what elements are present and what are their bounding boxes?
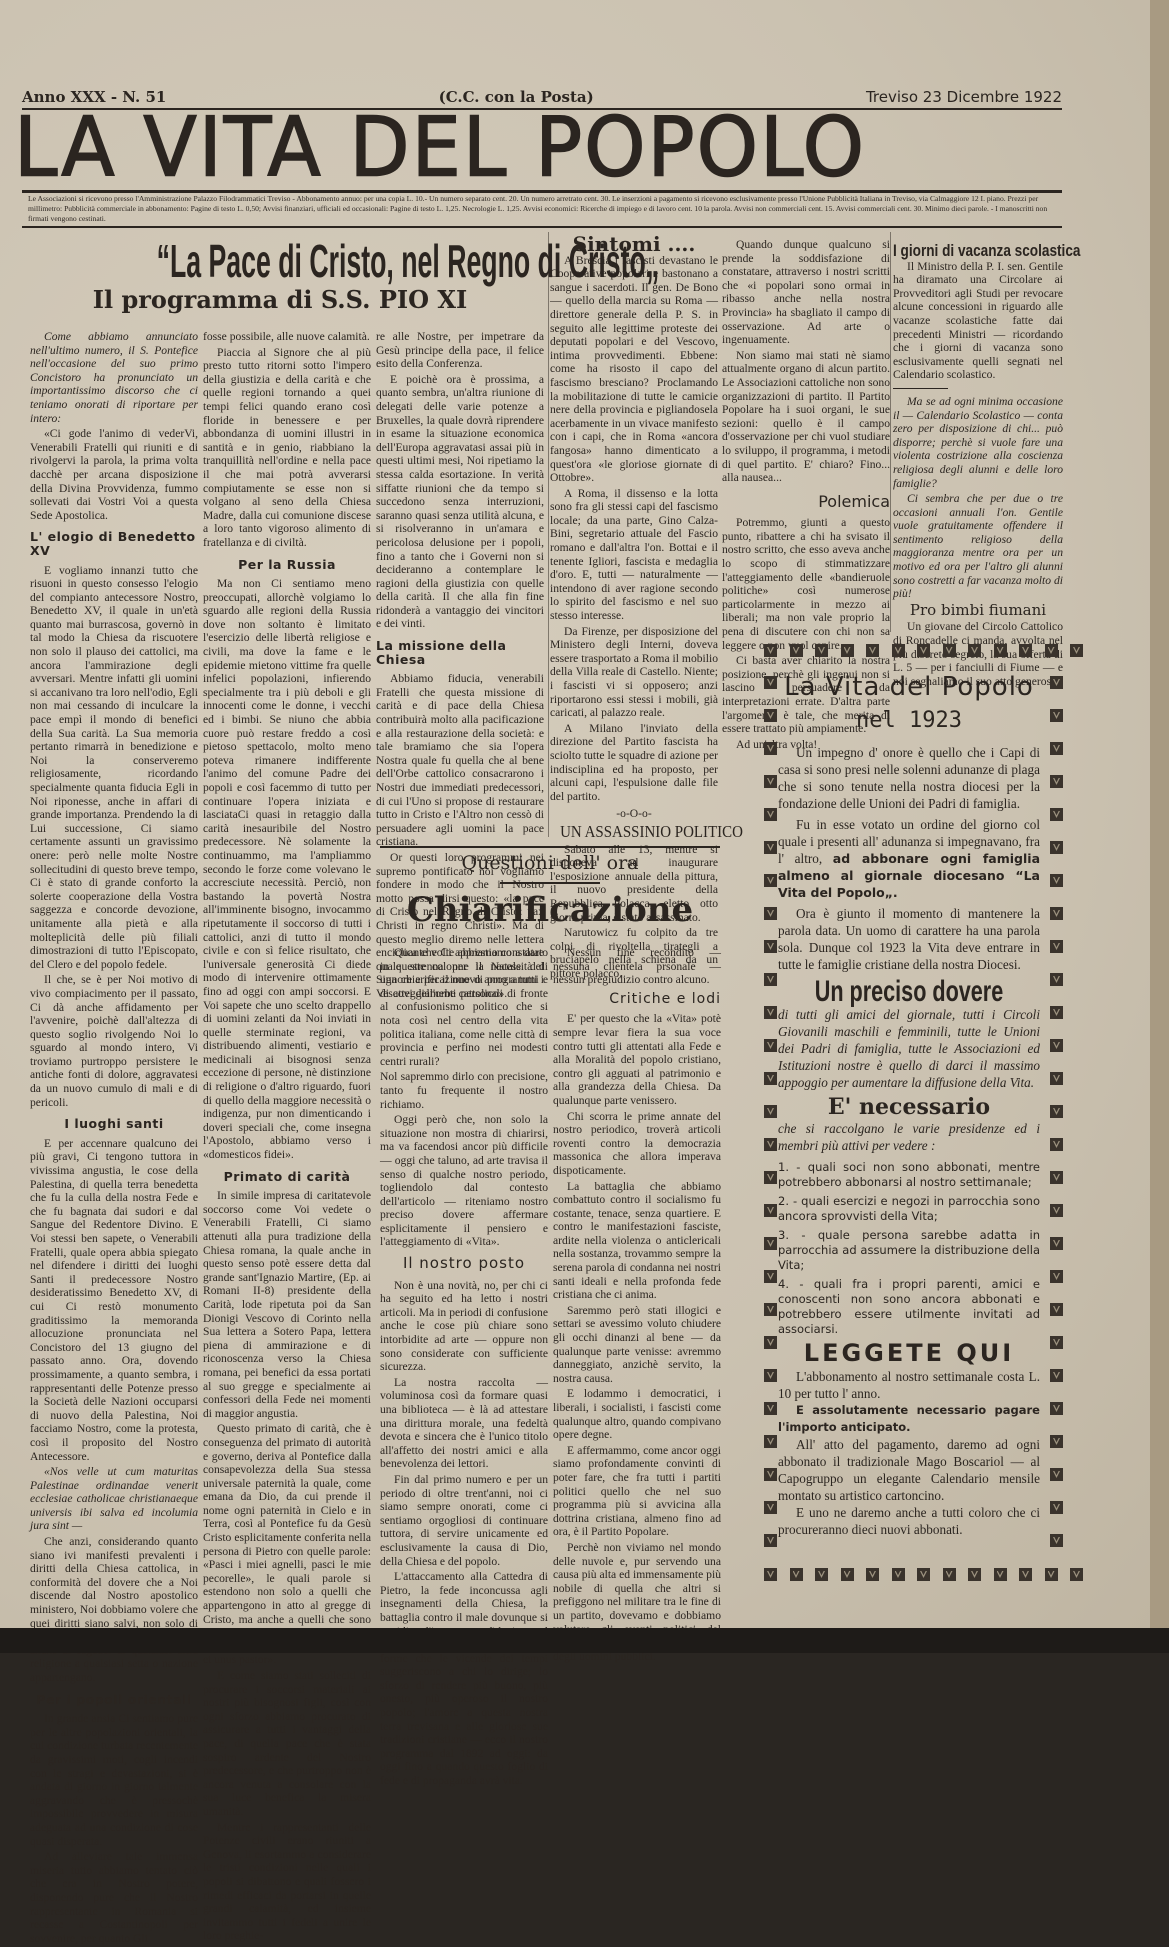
rule	[500, 882, 600, 884]
check-mark-icon	[1050, 742, 1063, 755]
check-mark-icon	[1050, 1006, 1063, 1019]
check-mark-icon	[1050, 1534, 1063, 1547]
chiarificazione-col-1: Quante volte abbiamo constatato in quest…	[380, 946, 548, 1653]
paragraph: A Roma, il dissenso e la lotta sono fra …	[550, 487, 718, 623]
lead-intro: Come abbiamo annunciato nell'ultimo nume…	[30, 330, 198, 425]
paragraph: Saremmo però stati illogici e settari se…	[553, 1304, 721, 1386]
check-mark-icon	[815, 644, 828, 657]
paragraph: Ma se ad ogni minima occasione il — Cale…	[893, 395, 1063, 490]
check-mark-icon	[1050, 874, 1063, 887]
paragraph: Quando dunque qualcuno si prende la sodd…	[722, 238, 890, 347]
rule	[22, 226, 1062, 228]
lead-column-2: fosse possibile, alle nuove calamità. Pi…	[203, 330, 371, 1653]
check-mark-icon	[764, 644, 777, 657]
check-mark-icon	[764, 1072, 777, 1085]
check-mark-icon	[764, 1138, 777, 1151]
masthead: LA VITA DEL POPOLO	[14, 106, 1064, 190]
issue-date: Treviso 23 Dicembre 1922	[866, 88, 1062, 106]
chiarificazione-kicker: Questioni dell' ora	[380, 852, 720, 874]
leggete-heading: LEGGETE QUI	[778, 1345, 1040, 1362]
necessario-heading: E' necessario	[778, 1099, 1040, 1116]
check-mark-icon	[994, 1568, 1007, 1581]
check-mark-icon	[764, 1468, 777, 1481]
polemica-title: Polemica	[722, 495, 890, 509]
check-mark-icon	[764, 1171, 777, 1184]
paragraph: E assolutamente necessario pagare l'impo…	[778, 1402, 1040, 1436]
paragraph: E affermammo, come ancor oggi siamo prof…	[553, 1444, 721, 1539]
check-mark-icon	[968, 1568, 981, 1581]
check-mark-icon	[1019, 1568, 1032, 1581]
check-mark-icon	[764, 1534, 777, 1547]
paragraph: Ma non Ci sentiamo meno preoccupati, all…	[203, 577, 371, 1162]
paragraph: All' atto del pagamento, daremo ad ogni …	[778, 1436, 1040, 1504]
paragraph: Nol sapremmo dirlo con precisione, tanto…	[380, 1070, 548, 1111]
chiarificazione-title: Chiarificazione	[380, 890, 720, 930]
check-mark-icon	[968, 644, 981, 657]
check-mark-icon	[1050, 1468, 1063, 1481]
check-mark-icon	[764, 1435, 777, 1448]
check-mark-icon	[1019, 644, 1032, 657]
check-mark-icon	[764, 874, 777, 887]
paragraph: Piaccia al Signore che al più presto tut…	[203, 346, 371, 550]
check-mark-icon	[764, 1336, 777, 1349]
paragraph: Ora è giunto il momento di mantenere la …	[778, 905, 1040, 973]
section-heading: Critiche e lodi	[553, 993, 721, 1007]
check-mark-icon	[1050, 1270, 1063, 1283]
paragraph: E vogliamo innanzi tutto che risuoni in …	[30, 564, 198, 972]
check-mark-icon	[764, 676, 777, 689]
paragraph: re alle Nostre, per impetrare da Gesù pr…	[376, 330, 544, 371]
paragraph: Fin dal primo numero e per un periodo di…	[380, 1473, 548, 1568]
section-heading: I luoghi santi	[30, 1117, 198, 1131]
paragraph: In simile impresa di caritatevole soccor…	[203, 1189, 371, 1420]
check-mark-icon	[1050, 940, 1063, 953]
check-mark-icon	[1050, 1039, 1063, 1052]
check-mark-icon	[764, 1237, 777, 1250]
paragraph: fosse possibile, alle nuove calamità.	[203, 330, 371, 344]
check-mark-icon	[1050, 1402, 1063, 1415]
check-mark-icon	[764, 1039, 777, 1052]
scan-background	[0, 1628, 1169, 1653]
paragraph: Potremmo, giunti a questo punto, ribatte…	[722, 516, 890, 652]
divider-ornament: -o-O-o-	[550, 807, 718, 821]
paragraph: E poichè ora è prossima, a quanto sembra…	[376, 373, 544, 631]
check-mark-icon	[1050, 1171, 1063, 1184]
check-mark-icon	[764, 742, 777, 755]
sintomi-title: Sintomi ....	[550, 238, 718, 252]
section-heading: Il nostro posto	[380, 1257, 548, 1271]
check-mark-icon	[1070, 644, 1083, 657]
check-mark-icon	[1050, 1138, 1063, 1151]
check-mark-icon	[764, 1369, 777, 1382]
lead-subheadline: Il programma di S.S. PIO XI	[30, 285, 530, 314]
paragraph: La battaglia che abbiamo combattuto cont…	[553, 1180, 721, 1302]
check-mark-icon	[943, 1568, 956, 1581]
check-mark-icon	[764, 1204, 777, 1217]
check-mark-icon	[1050, 1105, 1063, 1118]
paragraph: Abbiamo fiducia, venerabili Fratelli che…	[376, 672, 544, 849]
check-mark-icon	[764, 1501, 777, 1514]
check-mark-icon	[1050, 841, 1063, 854]
check-mark-icon	[764, 1402, 777, 1415]
check-mark-icon	[994, 644, 1007, 657]
paragraph: Il che, se è per Noi motivo di vivo comp…	[30, 973, 198, 1109]
check-mark-icon	[764, 808, 777, 821]
rule	[22, 190, 1062, 193]
paragraph: A Brescia i fascisti devastano le Cooper…	[550, 254, 718, 485]
check-mark-icon	[1070, 1568, 1083, 1581]
check-mark-icon	[917, 1568, 930, 1581]
check-mark-icon	[1050, 775, 1063, 788]
dovere-heading: Un preciso dovere	[815, 983, 1004, 1000]
column-rule	[890, 232, 891, 632]
paragraph: Nessun fine recondito — nessuna clientel…	[553, 946, 721, 987]
paragraph: Da Firenze, per disposizione del Ministe…	[550, 625, 718, 720]
list-item: 1. - quali soci non sono abbonati, mentr…	[778, 1160, 1040, 1190]
fiumani-title: Pro bimbi fiumani	[893, 604, 1063, 618]
paragraph: di tutti gli amici del giornale, tutti i…	[778, 1006, 1040, 1091]
check-mark-icon	[764, 1303, 777, 1316]
check-mark-icon	[841, 644, 854, 657]
check-mark-icon	[1050, 1336, 1063, 1349]
check-mark-icon	[764, 775, 777, 788]
paragraph: Oggi però che, non solo la situazione no…	[380, 1113, 548, 1249]
paragraph: «Nos velle ut cum maturitas Palestinae o…	[30, 1465, 198, 1533]
list-item: 2. - quali esercizi e negozi in parrocch…	[778, 1194, 1040, 1224]
paragraph: E per accennare qualcuno dei più gravi, …	[30, 1137, 198, 1463]
action-list: 1. - quali soci non sono abbonati, mentr…	[778, 1160, 1040, 1337]
check-mark-icon	[764, 1105, 777, 1118]
paragraph: che si raccolgano le varie presidenze ed…	[778, 1120, 1040, 1154]
check-mark-icon	[1045, 644, 1058, 657]
paragraph: E uno ne daremo anche a tutti coloro che…	[778, 1504, 1040, 1538]
rule	[893, 388, 948, 389]
paragraph: Chi scorra le prime annate del nostro pe…	[553, 1110, 721, 1178]
page-edge	[1150, 0, 1169, 1653]
lead-column-1: Come abbiamo annunciato nell'ultimo nume…	[30, 330, 198, 1653]
check-mark-icon	[1050, 907, 1063, 920]
check-mark-icon	[1050, 1501, 1063, 1514]
check-mark-icon	[1050, 1435, 1063, 1448]
check-mark-icon	[764, 907, 777, 920]
paragraph: Non è una novità, no, per chi ci ha segu…	[380, 1279, 548, 1374]
paragraph: A Milano l'inviato della direzione del P…	[550, 722, 718, 804]
section-heading: Primato di carità	[203, 1170, 371, 1184]
check-mark-icon	[764, 1568, 777, 1581]
paragraph: E lodammo i democratici, i liberali, i s…	[553, 1387, 721, 1441]
check-mark-icon	[1050, 1303, 1063, 1316]
check-mark-icon	[815, 1568, 828, 1581]
rule	[380, 846, 720, 848]
check-mark-icon	[764, 973, 777, 986]
subscription-info: Le Associazioni si ricevono presso l'Amm…	[28, 194, 1058, 224]
check-mark-icon	[1050, 973, 1063, 986]
vacanza-title: I giorni di vacanza scolastica	[893, 244, 1029, 258]
check-mark-icon	[917, 644, 930, 657]
promo-year: nel 1923	[778, 708, 1040, 733]
check-mark-icon	[1050, 808, 1063, 821]
paragraph: Non siamo mai stati nè siamo attualmente…	[722, 349, 890, 485]
check-mark-icon	[764, 841, 777, 854]
check-mark-icon	[764, 1006, 777, 1019]
check-mark-icon	[1050, 709, 1063, 722]
column-rule	[548, 232, 549, 837]
check-mark-icon	[1050, 1237, 1063, 1250]
paragraph: Ci sembra che per due o tre occasioni an…	[893, 492, 1063, 601]
check-mark-icon	[943, 644, 956, 657]
vacanza-article: I giorni di vacanza scolastica Il Minist…	[893, 240, 1063, 690]
paragraph: Il Ministro della P. I. sen. Gentile ha …	[893, 260, 1063, 382]
paragraph: La nostra raccolta — voluminosa così da …	[380, 1376, 548, 1471]
check-mark-icon	[764, 940, 777, 953]
check-mark-icon	[841, 1568, 854, 1581]
section-heading: L' elogio di Benedetto XV	[30, 530, 198, 557]
chiarificazione-col-2: Nessun fine recondito — nessuna clientel…	[553, 946, 721, 1653]
paragraph: Quante volte abbiamo constatato in quest…	[380, 946, 548, 1068]
check-mark-icon	[866, 644, 879, 657]
check-mark-icon	[1050, 1204, 1063, 1217]
section-heading: La missione della Chiesa	[376, 639, 544, 666]
section-heading: Per la Russia	[203, 558, 371, 572]
list-item: 3. - quale persona sarebbe adatta in par…	[778, 1228, 1040, 1273]
check-mark-icon	[1050, 1369, 1063, 1382]
check-mark-icon	[764, 1270, 777, 1283]
check-mark-icon	[764, 709, 777, 722]
assassinio-title: UN ASSASSINIO POLITICO	[560, 825, 708, 839]
paragraph: Un impegno d' onore è quello che i Capi …	[778, 744, 1040, 812]
promo-text: Un impegno d' onore è quello che i Capi …	[778, 744, 1040, 1538]
check-mark-icon	[790, 1568, 803, 1581]
paragraph: Questo primato di carità, che è consegue…	[203, 1422, 371, 1653]
paragraph: L'abbonamento al nostro settimanale cost…	[778, 1368, 1040, 1402]
check-mark-icon	[1050, 1072, 1063, 1085]
check-mark-icon	[892, 1568, 905, 1581]
check-mark-icon	[1050, 676, 1063, 689]
paragraph: E' per questo che la «Vita» potè sempre …	[553, 1012, 721, 1107]
lead-headline: “La Pace di Cristo, nel Regno di Cristo„	[157, 236, 424, 286]
newspaper-page: Anno XXX - N. 51 (C.C. con la Posta) Tre…	[0, 0, 1150, 1632]
check-mark-icon	[790, 644, 803, 657]
check-mark-icon	[866, 1568, 879, 1581]
paragraph: «Ci gode l'animo di vederVi, Venerabili …	[30, 427, 198, 522]
check-mark-icon	[1045, 1568, 1058, 1581]
check-mark-icon	[892, 644, 905, 657]
list-item: 4. - quali fra i propri parenti, amici e…	[778, 1277, 1040, 1337]
promo-title: La Vita del Popolo	[778, 672, 1040, 702]
